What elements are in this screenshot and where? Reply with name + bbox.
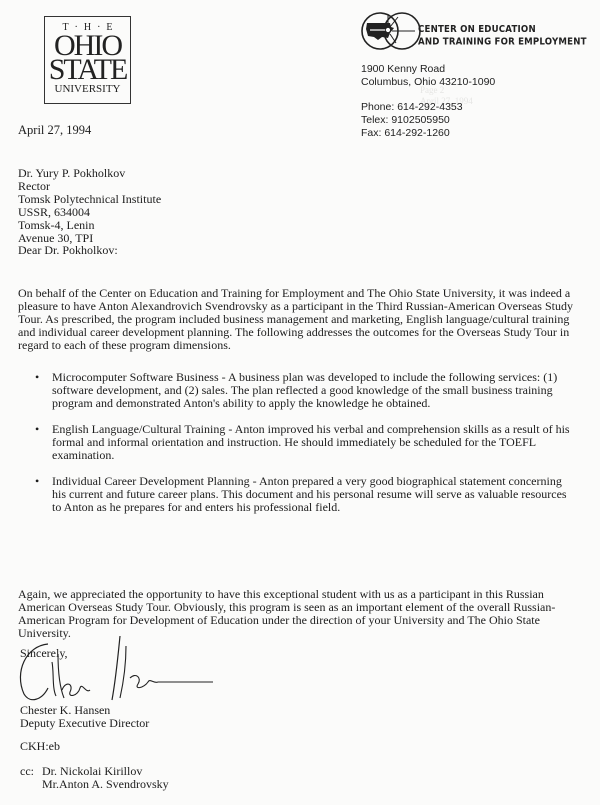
- telex-number: Telex: 9102505950: [361, 114, 495, 127]
- list-item-text: Microcomputer Software Business - A busi…: [52, 370, 557, 410]
- ohio-state-university-logo: T·H·E OHIO STATE UNIVERSITY: [44, 16, 131, 104]
- letter-date: April 27, 1994: [18, 123, 91, 138]
- phone-number: Phone: 614-292-4353: [361, 101, 495, 114]
- handwritten-signature: [8, 632, 218, 710]
- bleed-through-text: [420, 680, 422, 691]
- typist-initials: CKH:eb: [20, 739, 60, 754]
- bullet-icon: •: [35, 371, 39, 384]
- cc-recipient: Mr.Anton A. Svendrovsky: [42, 778, 169, 791]
- letter-page: Page 2April 27, 1994 T·H·E OHIO STATE UN…: [0, 0, 600, 805]
- salutation: Dear Dr. Pokholkov:: [18, 244, 578, 257]
- list-item-text: English Language/Cultural Training - Ant…: [52, 422, 570, 462]
- cc-label: cc:: [20, 765, 42, 778]
- city-address: Columbus, Ohio 43210-1090: [361, 76, 495, 89]
- bleed-through-text: [300, 120, 302, 131]
- outcomes-list: • Microcomputer Software Business - A bu…: [18, 371, 578, 527]
- signer-title: Deputy Executive Director: [20, 717, 149, 730]
- recipient-address-line: Tomsk-4, Lenin: [18, 219, 578, 232]
- street-address: 1900 Kenny Road: [361, 63, 495, 76]
- center-name-line1: CENTER ON EDUCATION: [418, 24, 587, 37]
- bullet-icon: •: [35, 423, 39, 436]
- fax-number: Fax: 614-292-1260: [361, 127, 495, 140]
- center-name: CENTER ON EDUCATION AND TRAINING FOR EMP…: [418, 24, 587, 49]
- list-item: • Individual Career Development Planning…: [18, 475, 578, 514]
- recipient-institution: Tomsk Polytechnical Institute: [18, 193, 578, 206]
- logo-state: STATE: [45, 58, 130, 82]
- letterhead-address: 1900 Kenny Road Columbus, Ohio 43210-109…: [361, 63, 495, 140]
- recipient-address-line: USSR, 634004: [18, 206, 578, 219]
- center-name-line2: AND TRAINING FOR EMPLOYMENT: [418, 37, 587, 50]
- list-item: • Microcomputer Software Business - A bu…: [18, 371, 578, 410]
- body-paragraph: On behalf of the Center on Education and…: [18, 287, 578, 352]
- signer-block: Chester K. Hansen Deputy Executive Direc…: [20, 704, 149, 730]
- bullet-icon: •: [35, 475, 39, 488]
- cc-list: cc: Dr. Nickolai Kirillov Mr.Anton A. Sv…: [20, 765, 169, 791]
- list-item-text: Individual Career Development Planning -…: [52, 474, 567, 514]
- logo-university: UNIVERSITY: [45, 83, 130, 96]
- recipient-name: Dr. Yury P. Pokholkov: [18, 167, 578, 180]
- recipient-address: Dr. Yury P. Pokholkov Rector Tomsk Polyt…: [18, 167, 578, 245]
- list-item: • English Language/Cultural Training - A…: [18, 423, 578, 462]
